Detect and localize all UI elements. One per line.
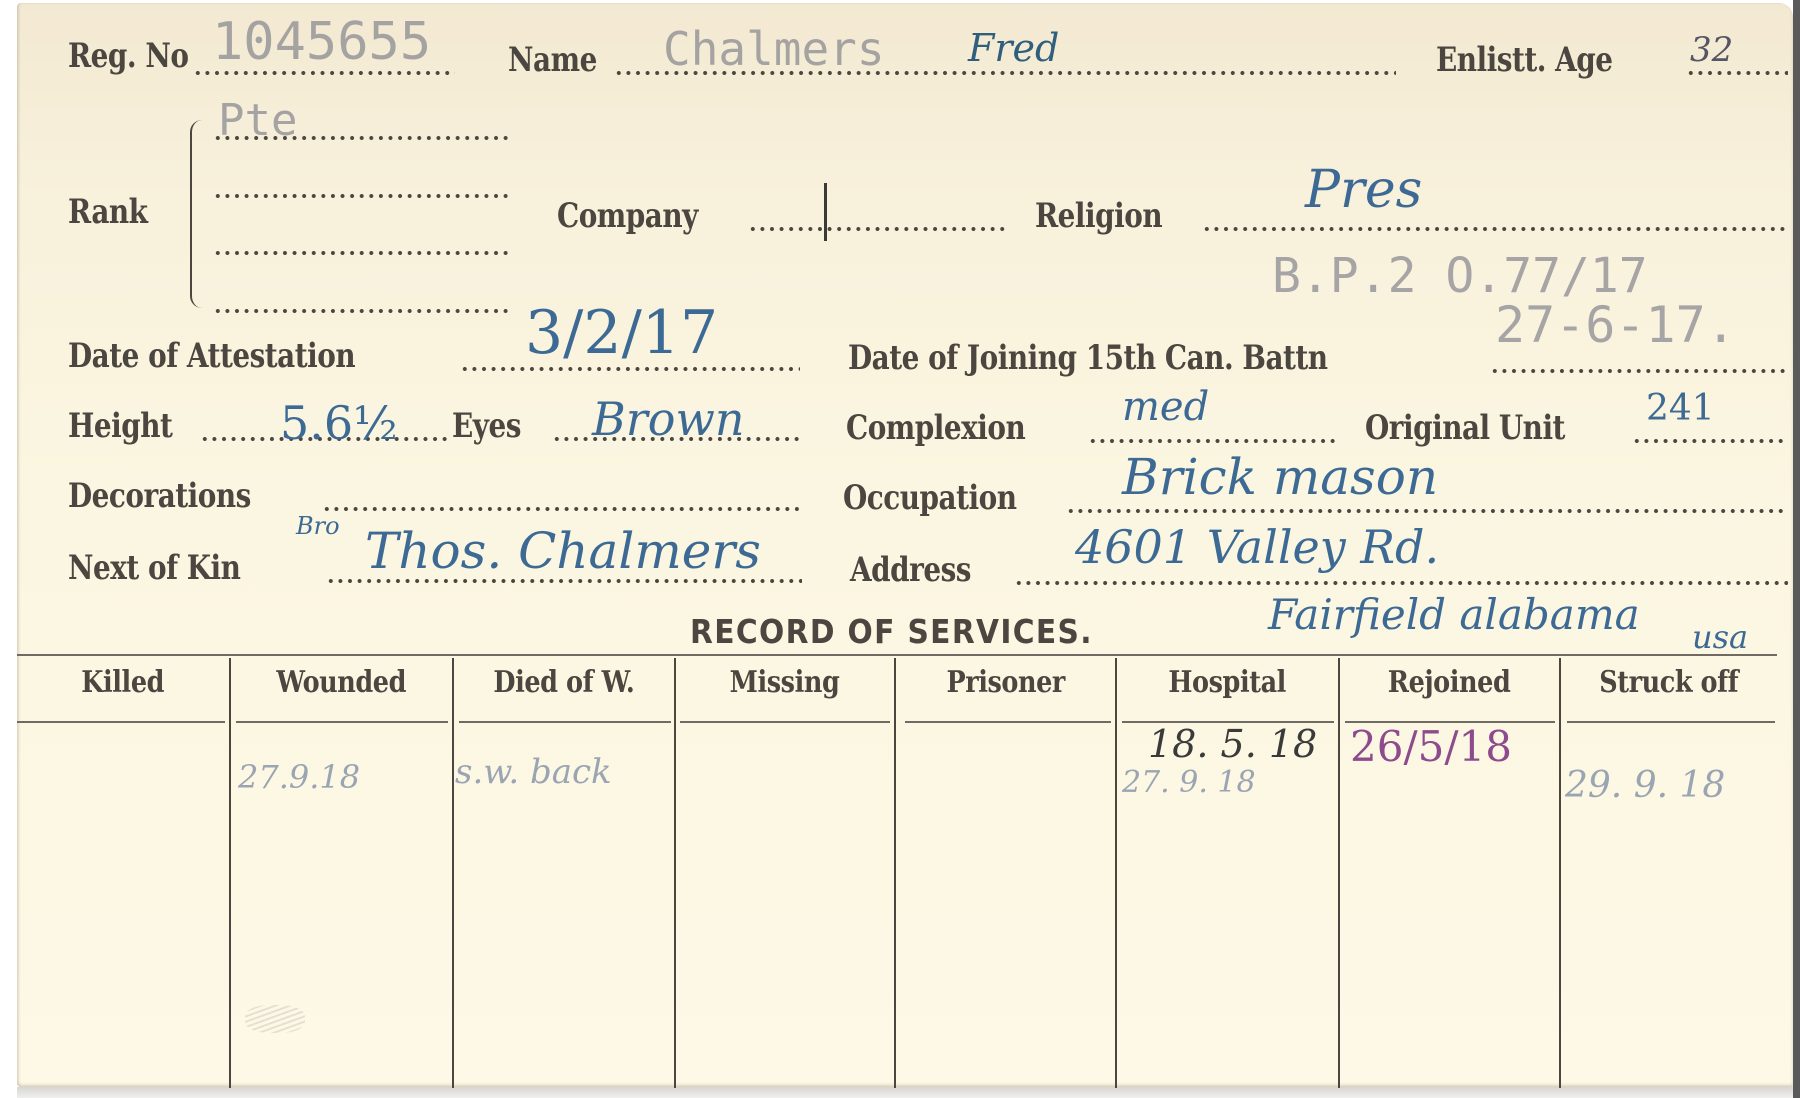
name-hand-value: Fred — [968, 26, 1059, 70]
height-label: Height — [68, 406, 172, 446]
date-attestation-label: Date of Attestation — [68, 336, 355, 376]
rank-dotted-line-3 — [213, 250, 508, 256]
column-divider — [229, 658, 231, 1088]
height-value: 5.6½ — [280, 396, 398, 450]
religion-label: Religion — [1035, 196, 1162, 236]
date-joining-value: 27-6-17. — [1495, 296, 1736, 354]
header-underline-prisoner — [905, 721, 1111, 723]
column-header-died-of-wounds: Died of W. — [454, 665, 674, 709]
column-header-struck-off-text: Struck off — [1600, 665, 1739, 700]
column-header-wounded-text: Wounded — [277, 665, 407, 700]
header-underline-struck-off — [1567, 721, 1775, 723]
enlist-age-dotted-line — [1686, 70, 1788, 76]
date-joining-dotted-line — [1490, 368, 1788, 374]
complexion-label: Complexion — [846, 408, 1025, 448]
enlist-age-value: 32 — [1690, 30, 1733, 70]
column-divider — [452, 658, 454, 1088]
decorations-label: Decorations — [68, 476, 251, 516]
address-label: Address — [850, 550, 971, 590]
header-underline-died — [459, 721, 671, 723]
rank-dotted-line-1 — [213, 135, 508, 141]
company-dotted-line — [748, 226, 1006, 232]
rejoined-entry: 26/5/18 — [1350, 722, 1512, 771]
column-header-missing-text: Missing — [730, 665, 840, 700]
table-top-rule — [17, 654, 1777, 656]
header-underline-missing — [680, 721, 890, 723]
column-header-struck-off: Struck off — [1561, 665, 1777, 709]
occupation-dotted-line — [1066, 508, 1788, 514]
rank-brace — [190, 120, 206, 308]
decorations-dotted-line — [322, 506, 802, 512]
column-header-died-text: Died of W. — [494, 665, 635, 700]
column-header-hospital: Hospital — [1117, 665, 1338, 709]
column-divider — [894, 658, 896, 1088]
religion-value: Pres — [1305, 160, 1422, 220]
struck-off-entry: 29. 9. 18 — [1565, 765, 1725, 806]
rank-label: Rank — [68, 192, 148, 232]
name-typed-value: Chalmers — [663, 22, 885, 76]
column-header-prisoner-text: Prisoner — [946, 665, 1064, 700]
original-unit-value: 241 — [1646, 388, 1715, 429]
name-label: Name — [508, 40, 597, 80]
hospital-entry-2: 27. 9. 18 — [1122, 765, 1256, 800]
religion-dotted-line — [1202, 226, 1788, 232]
company-label: Company — [557, 196, 698, 236]
eyes-value: Brown — [592, 392, 745, 446]
service-record-card — [17, 3, 1793, 1087]
wounded-entry: 27.9.18 — [238, 758, 360, 796]
column-divider — [1338, 658, 1340, 1088]
address-line-2: Fairfield alabama — [1268, 590, 1640, 639]
column-header-killed-text: Killed — [82, 665, 165, 700]
address-line-3: usa — [1692, 618, 1748, 656]
column-divider — [1559, 658, 1561, 1088]
next-of-kin-value: Thos. Chalmers — [365, 522, 761, 580]
original-unit-label: Original Unit — [1365, 408, 1565, 448]
column-header-prisoner: Prisoner — [896, 665, 1115, 709]
scan-edge-right — [1793, 0, 1800, 1098]
column-header-missing: Missing — [676, 665, 894, 709]
column-divider — [1115, 658, 1117, 1088]
column-header-rejoined: Rejoined — [1340, 665, 1559, 709]
occupation-value: Brick mason — [1122, 448, 1438, 506]
enlist-age-label: Enlistt. Age — [1436, 40, 1613, 80]
column-header-rejoined-text: Rejoined — [1388, 665, 1511, 700]
next-of-kin-label: Next of Kin — [68, 548, 240, 588]
column-header-killed: Killed — [17, 665, 229, 709]
next-of-kin-relation: Bro — [296, 512, 340, 540]
died-of-wounds-entry: s.w. back — [455, 752, 612, 792]
occupation-label: Occupation — [843, 478, 1016, 518]
scan-edge-bottom — [17, 1087, 1793, 1098]
column-header-wounded: Wounded — [231, 665, 452, 709]
address-dotted-line — [1014, 580, 1788, 586]
company-value-mark — [824, 183, 827, 241]
original-unit-dotted-line — [1632, 438, 1788, 444]
rank-dotted-line-4 — [213, 308, 508, 314]
hospital-entry-1: 18. 5. 18 — [1148, 722, 1317, 766]
reg-no-label: Reg. No — [68, 36, 188, 76]
complexion-value: med — [1122, 384, 1209, 430]
column-header-hospital-text: Hospital — [1169, 665, 1287, 700]
date-joining-label: Date of Joining 15th Can. Battn — [848, 338, 1328, 378]
address-line-1: 4601 Valley Rd. — [1075, 520, 1439, 574]
rank-dotted-line-2 — [213, 193, 508, 199]
eyes-label: Eyes — [452, 406, 521, 446]
date-attestation-value: 3/2/17 — [525, 298, 718, 368]
header-underline-killed — [17, 721, 225, 723]
record-of-services-title: RECORD OF SERVICES. — [690, 612, 1093, 651]
column-divider — [674, 658, 676, 1088]
reg-no-value: 1045655 — [212, 12, 431, 72]
header-underline-wounded — [236, 721, 448, 723]
complexion-dotted-line — [1088, 438, 1338, 444]
pencil-smudge-mark — [245, 1005, 305, 1033]
